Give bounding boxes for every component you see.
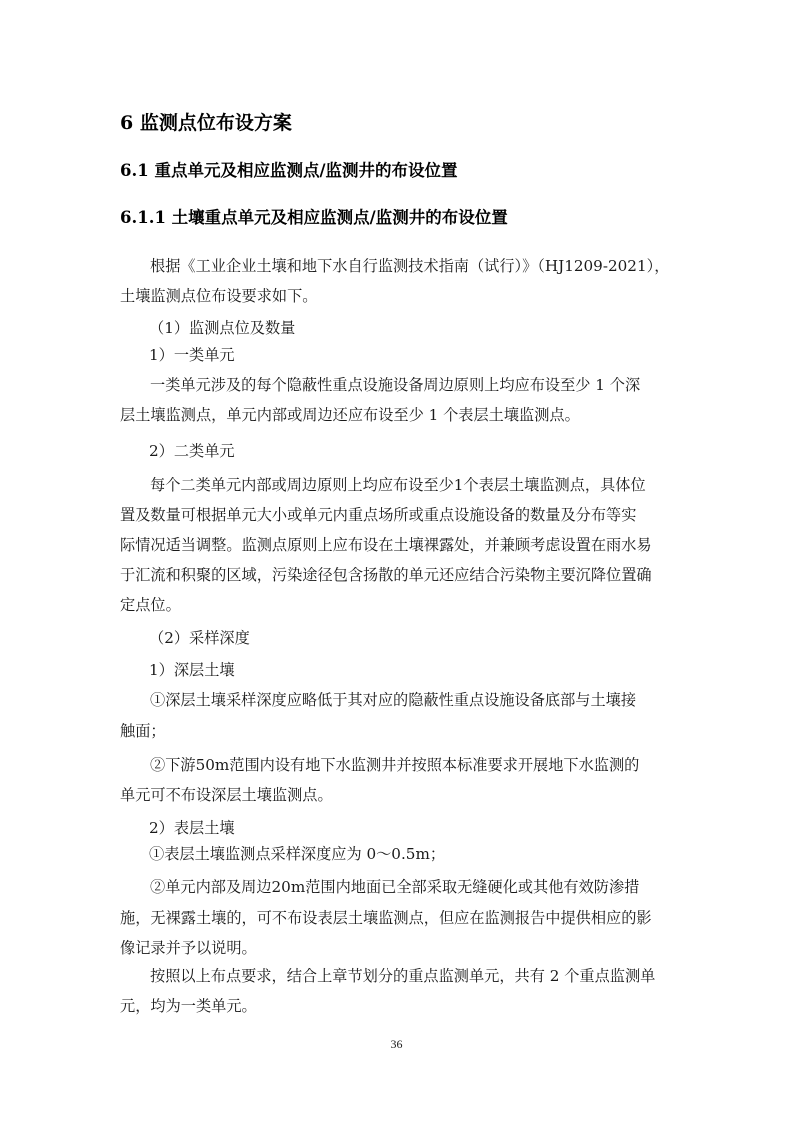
- paragraph-line: 施，无裸露土壤的，可不布设表层土壤监测点，但应在监测报告中提供相应的影: [120, 908, 652, 928]
- paragraph-line: 单元可不布设深层土壤监测点。: [120, 785, 333, 805]
- paragraph-line: 置及数量可根据单元大小或单元内重点场所或重点设施设备的数量及分布等实: [120, 505, 636, 525]
- paragraph-line: ②单元内部及周边20m范围内地面已全部采取无缝硬化或其他有效防渗措: [150, 877, 639, 897]
- paragraph-line: 按照以上布点要求，结合上章节划分的重点监测单元，共有 2 个重点监测单: [150, 966, 655, 986]
- page-number: 36: [0, 1037, 793, 1052]
- paragraph-line: 触面；: [120, 721, 166, 741]
- list-subheading: 2）表层土壤: [149, 818, 235, 838]
- section-heading: 6.1 重点单元及相应监测点/监测井的布设位置: [120, 160, 457, 182]
- paragraph-line: 一类单元涉及的每个隐蔽性重点设施设备周边原则上均应布设至少 1 个深: [150, 375, 640, 395]
- paragraph-line: 每个二类单元内部或周边原则上均应布设至少1个表层土壤监测点，具体位: [150, 475, 646, 495]
- chapter-heading: 6 监测点位布设方案: [120, 111, 292, 135]
- paragraph-line: ①深层土壤采样深度应略低于其对应的隐蔽性重点设施设备底部与土壤接: [150, 690, 636, 710]
- paragraph-line: ①表层土壤监测点采样深度应为 0～0.5m；: [149, 844, 445, 864]
- paragraph-line: ②下游50m范围内设有地下水监测井并按照本标准要求开展地下水监测的: [150, 755, 639, 775]
- paragraph-line: 根据《工业企业土壤和地下水自行监测技术指南（试行）》（HJ1209-2021），: [150, 256, 669, 276]
- subsection-heading: 6.1.1 土壤重点单元及相应监测点/监测井的布设位置: [120, 207, 508, 229]
- list-heading: （2）采样深度: [149, 628, 250, 648]
- paragraph-line: 于汇流和积聚的区域，污染途径包含扬散的单元还应结合污染物主要沉降位置确: [120, 565, 652, 585]
- paragraph-line: 定点位。: [120, 595, 181, 615]
- paragraph-line: 像记录并予以说明。: [120, 938, 257, 958]
- paragraph-line: 际情况适当调整。监测点原则上应布设在土壤裸露处，并兼顾考虑设置在雨水易: [120, 535, 652, 555]
- document-page: 6 监测点位布设方案 6.1 重点单元及相应监测点/监测井的布设位置 6.1.1…: [0, 0, 793, 1122]
- paragraph-line: 层土壤监测点，单元内部或周边还应布设至少 1 个表层土壤监测点。: [120, 405, 580, 425]
- list-subheading: 1）一类单元: [149, 345, 235, 365]
- list-subheading: 1）深层土壤: [149, 660, 235, 680]
- paragraph-line: 元，均为一类单元。: [120, 996, 257, 1016]
- list-subheading: 2）二类单元: [149, 441, 235, 461]
- list-heading: （1）监测点位及数量: [149, 318, 295, 338]
- paragraph-line: 土壤监测点位布设要求如下。: [120, 286, 317, 306]
